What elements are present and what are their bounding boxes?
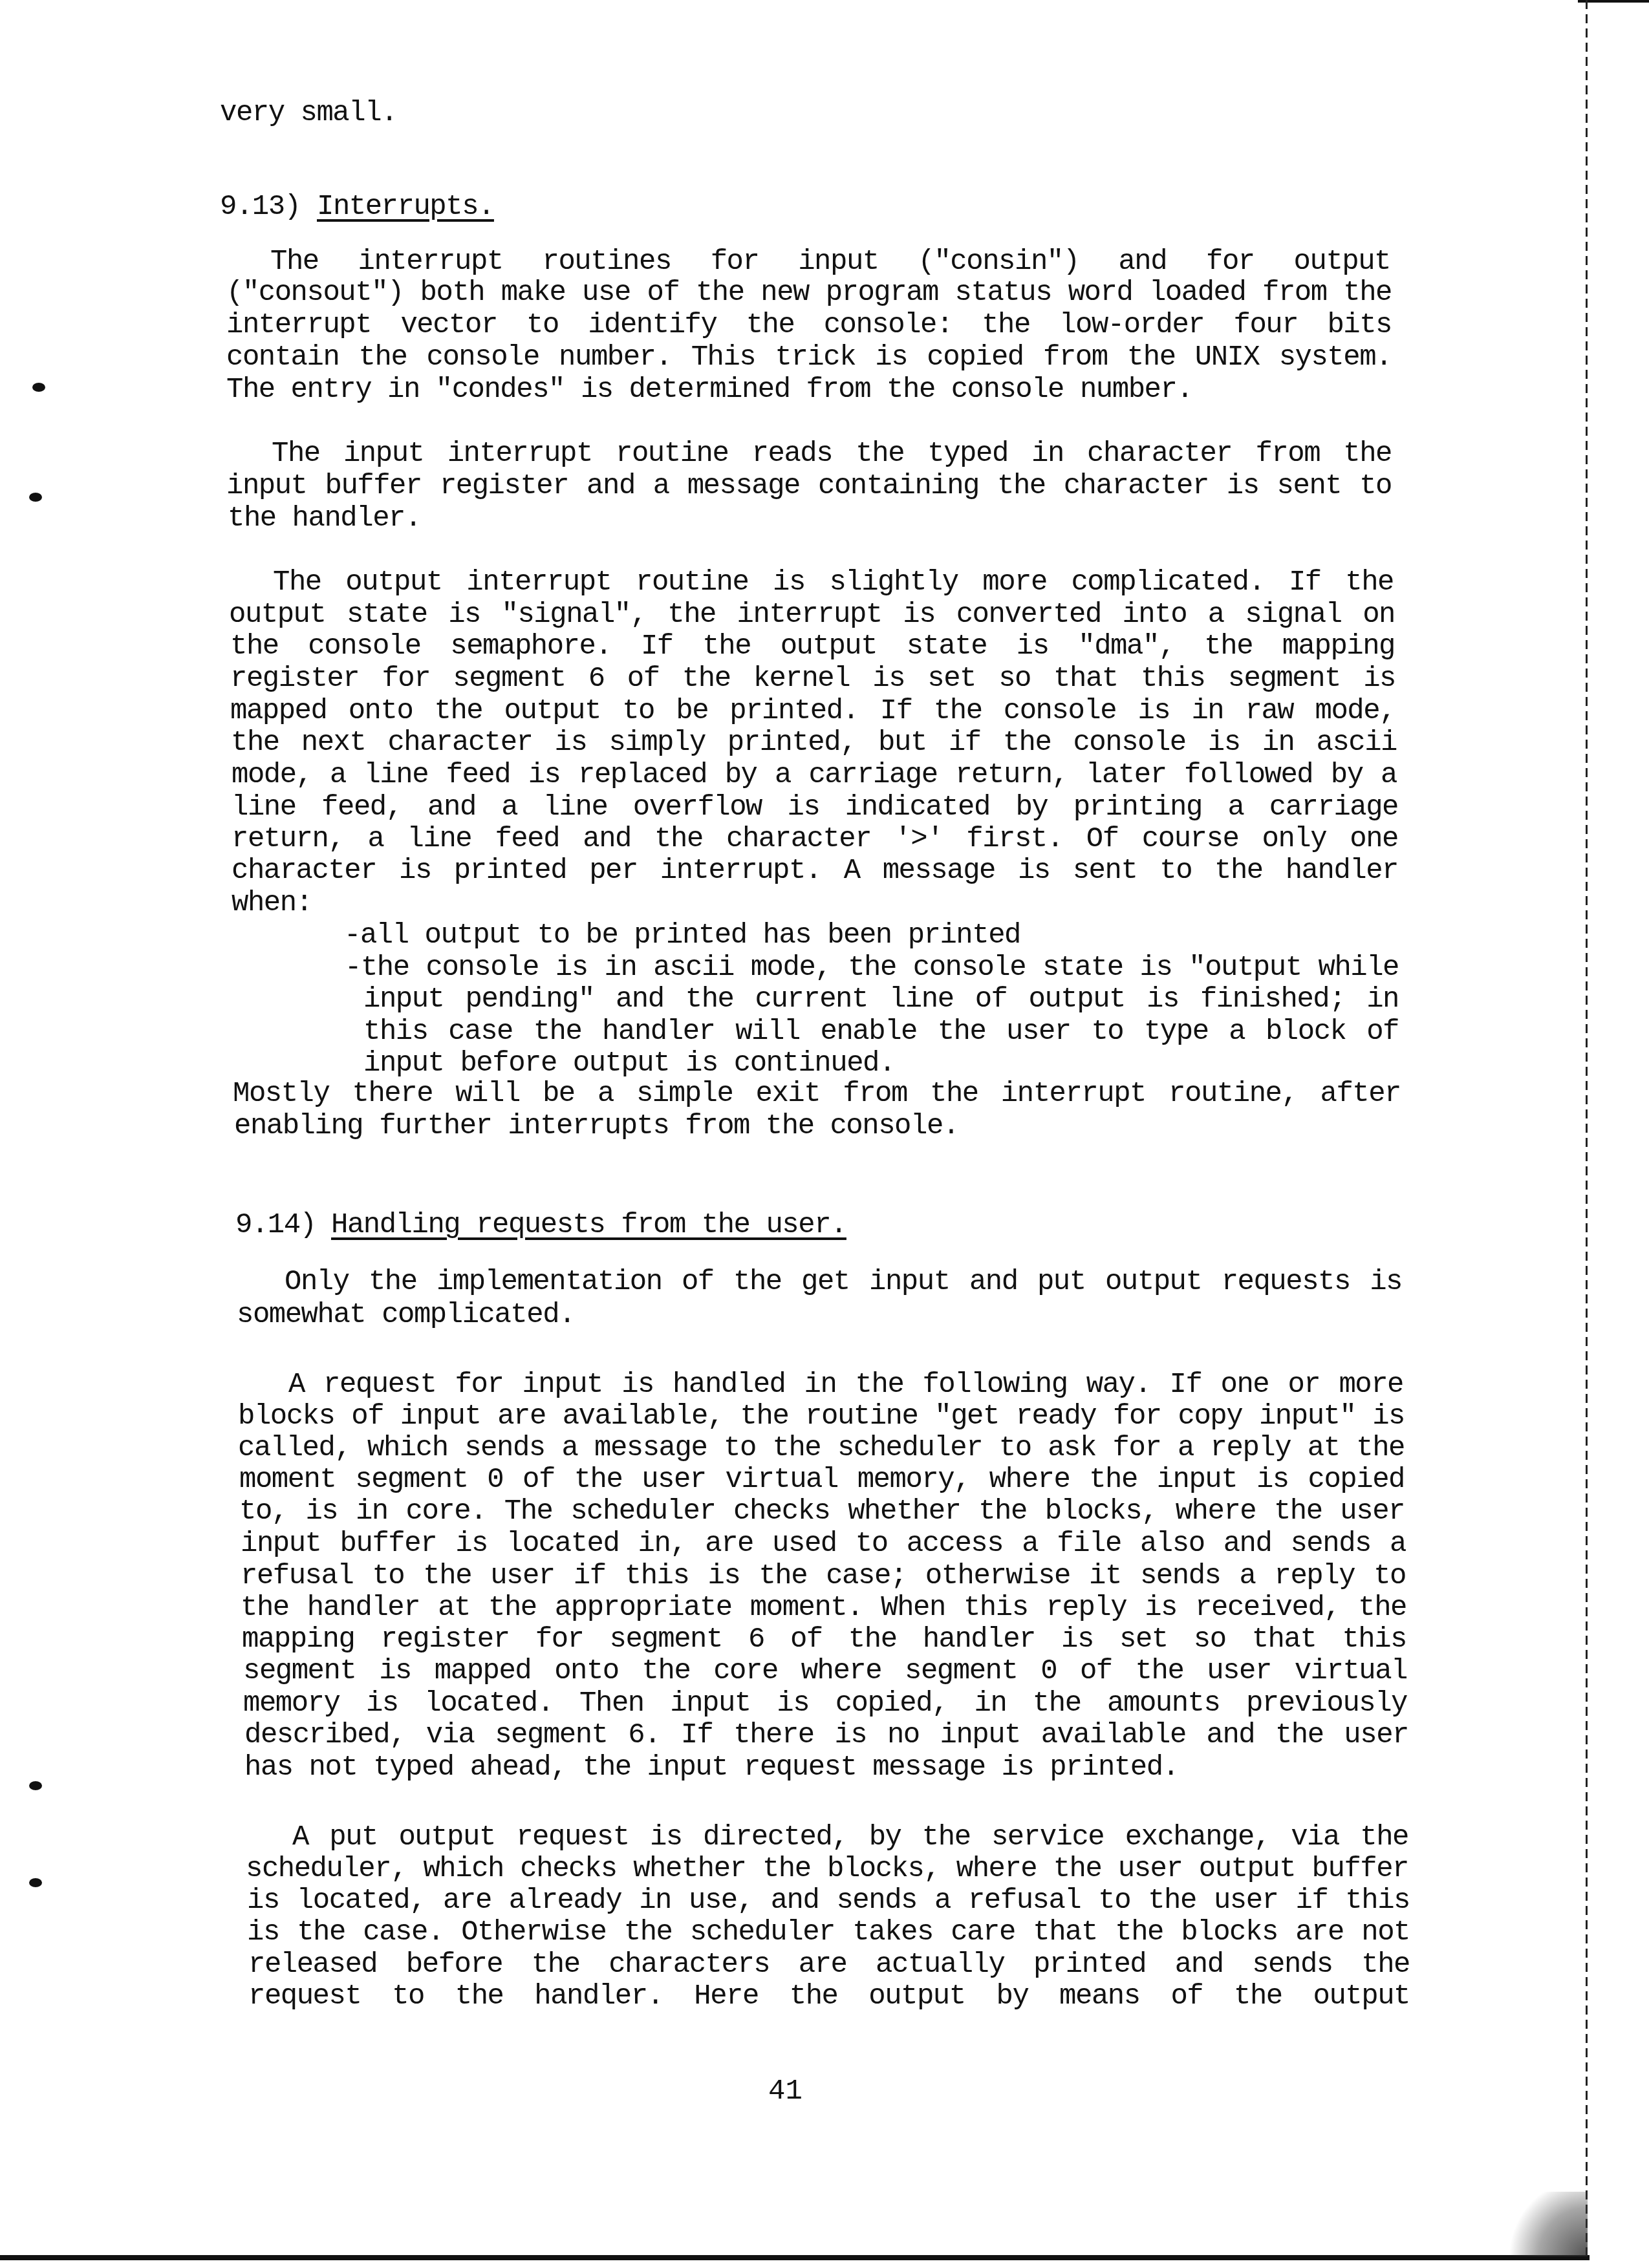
punch-hole-mark xyxy=(29,1781,42,1790)
text-line: interrupt vector to identify the console… xyxy=(226,309,1392,341)
text-line: The input interrupt routine reads the ty… xyxy=(272,438,1392,470)
text-line: character is printed per interrupt. A me… xyxy=(232,855,1398,887)
text-line: A request for input is handled in the fo… xyxy=(288,1369,1403,1401)
text-line: is the case. Otherwise the scheduler tak… xyxy=(247,1916,1410,1949)
scan-corner-smudge xyxy=(1500,2192,1588,2256)
text-line: when: xyxy=(232,887,312,919)
bullet-line: -all output to be printed has been print… xyxy=(344,919,1020,952)
text-line: to, is in core. The scheduler checks whe… xyxy=(239,1495,1405,1528)
scan-edge-right xyxy=(1586,0,1588,2260)
text-line: return, a line feed and the character '>… xyxy=(232,823,1398,855)
text-line: segment is mapped onto the core where se… xyxy=(243,1655,1407,1687)
text-line: moment segment 0 of the user virtual mem… xyxy=(239,1464,1405,1496)
section-heading: Interrupts. xyxy=(317,191,494,223)
text-line: described, via segment 6. If there is no… xyxy=(244,1719,1408,1751)
text-line: A put output request is directed, by the… xyxy=(292,1821,1408,1854)
document-page: very small.9.13)Interrupts.The interrupt… xyxy=(0,0,1649,2268)
text-line: ("consout") both make use of the new pro… xyxy=(226,277,1392,309)
bullet-line: input pending" and the current line of o… xyxy=(363,983,1399,1016)
text-line: mapping register for segment 6 of the ha… xyxy=(242,1623,1406,1656)
text-line: called, which sends a message to the sch… xyxy=(238,1432,1405,1464)
text-line: the next character is simply printed, bu… xyxy=(231,727,1397,759)
punch-hole-mark xyxy=(29,1878,42,1887)
text-line: mapped onto the output to be printed. If… xyxy=(230,695,1396,727)
text-line: register for segment 6 of the kernel is … xyxy=(230,663,1396,695)
section-heading: Handling requests from the user. xyxy=(331,1209,846,1241)
section-number: 9.14) xyxy=(235,1209,316,1241)
punch-hole-mark xyxy=(29,493,42,502)
text-line: enabling further interrupts from the con… xyxy=(234,1110,959,1142)
text-line: The output interrupt routine is slightly… xyxy=(273,566,1394,599)
text-line: refusal to the user if this is the case;… xyxy=(241,1560,1406,1592)
text-line: the handler. xyxy=(228,502,421,535)
text-line: The interrupt routines for input ("consi… xyxy=(270,246,1390,278)
text-line: blocks of input are available, the routi… xyxy=(238,1400,1405,1433)
text-line: has not typed ahead, the input request m… xyxy=(244,1751,1178,1784)
text-line: contain the console number. This trick i… xyxy=(226,341,1392,374)
text-line: Only the implementation of the get input… xyxy=(285,1266,1402,1298)
bullet-line: -the console is in ascii mode, the conso… xyxy=(345,952,1399,984)
text-line: somewhat complicated. xyxy=(237,1299,575,1331)
scan-edge-top xyxy=(1578,0,1649,3)
text-line: request to the handler. Here the output … xyxy=(248,1980,1410,2013)
scan-edge-bottom xyxy=(0,2255,1590,2260)
text-line: output state is "signal", the interrupt … xyxy=(229,599,1395,631)
text-line: released before the characters are actua… xyxy=(248,1949,1410,1981)
text-line: scheduler, which checks whether the bloc… xyxy=(246,1853,1408,1885)
text-line: very small. xyxy=(220,97,397,129)
section-number: 9.13) xyxy=(220,191,301,223)
punch-hole-mark xyxy=(32,383,45,392)
text-line: line feed, and a line overflow is indica… xyxy=(232,791,1398,824)
text-line: the handler at the appropriate moment. W… xyxy=(241,1592,1406,1624)
bullet-line: input before output is continued. xyxy=(363,1047,895,1080)
text-line: The entry in "condes" is determined from… xyxy=(226,374,1192,406)
page-number: 41 xyxy=(768,2075,803,2108)
text-line: memory is located. Then input is copied,… xyxy=(243,1687,1407,1720)
text-line: input buffer is located in, are used to … xyxy=(241,1528,1406,1560)
text-line: the console semaphore. If the output sta… xyxy=(230,630,1395,663)
text-line: mode, a line feed is replaced by a carri… xyxy=(232,759,1397,791)
bullet-line: this case the handler will enable the us… xyxy=(363,1016,1399,1048)
text-line: Mostly there will be a simple exit from … xyxy=(233,1078,1401,1110)
text-line: is located, are already in use, and send… xyxy=(247,1885,1410,1917)
text-line: input buffer register and a message cont… xyxy=(226,470,1392,502)
